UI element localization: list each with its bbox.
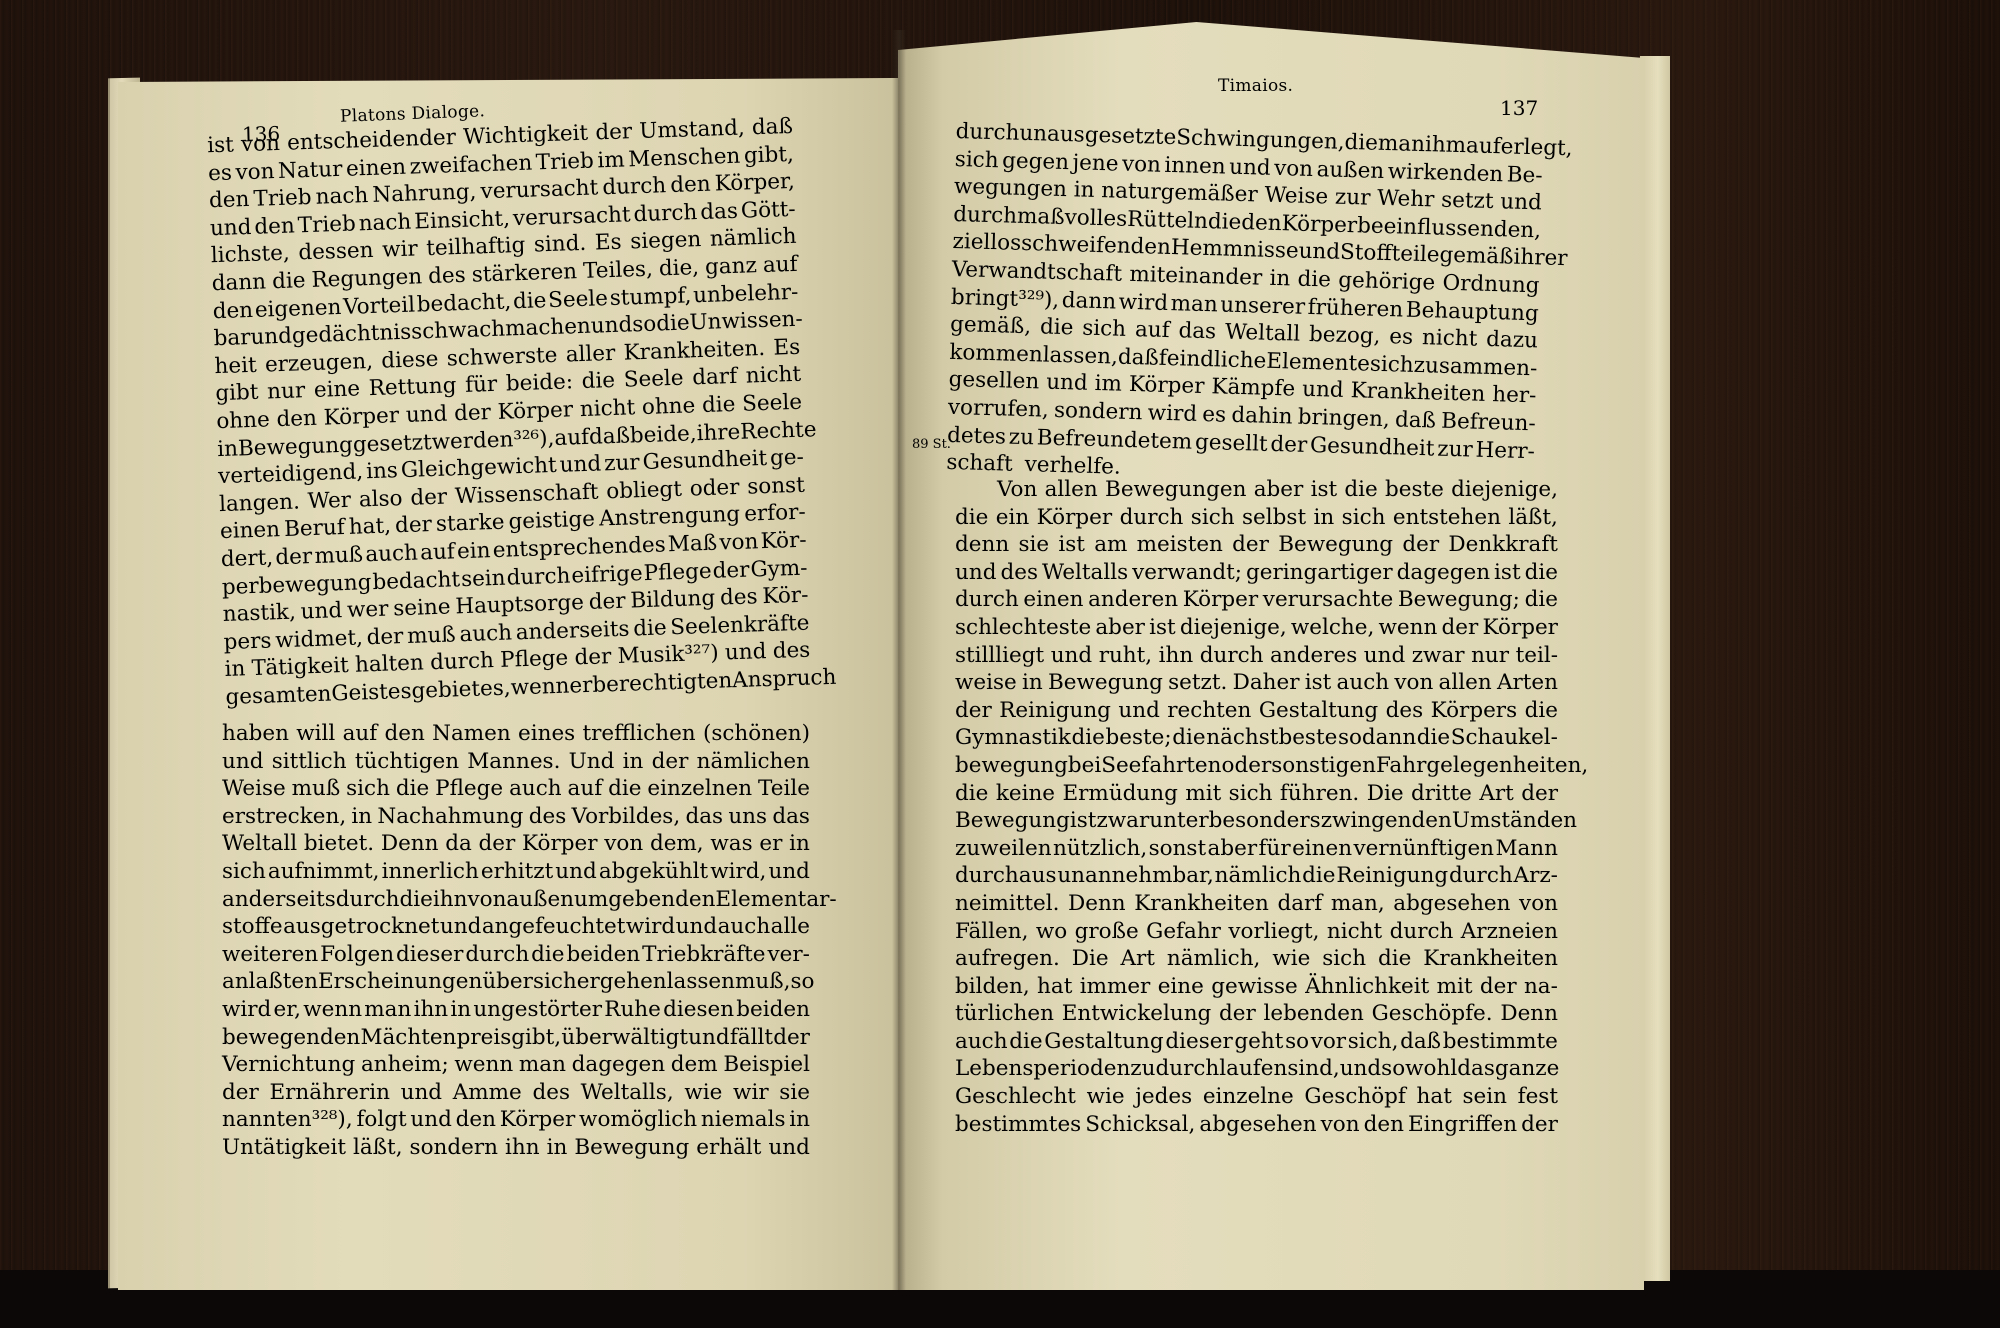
text-line: habenwillaufdenNameneinestrefflichen(sch… [222, 720, 810, 748]
stephanus-margin-note: 89 St. [912, 437, 951, 452]
text-line: Lebensperiodenzudurchlaufensind,undsowoh… [955, 1055, 1558, 1083]
text-line: WeisemußsichdiePflegeauchaufdieeinzelnen… [222, 775, 810, 803]
text-line: nannten³²⁸),folgtunddenKörperwomöglichni… [222, 1106, 810, 1134]
right-page-stack-edge [1640, 56, 1670, 1281]
text-line: dieeinKörperdurchsichselbstinsichentsteh… [955, 504, 1558, 532]
text-line: neimittel.DennKrankheitendarfman,abgeseh… [955, 890, 1558, 918]
text-line: dennsieistammeistenderBewegungderDenkkra… [955, 531, 1558, 559]
right-page-text-lower: VonallenBewegungenaberistdiebestediejeni… [955, 476, 1558, 1138]
text-line: derReinigungundrechtenGestaltungdesKörpe… [955, 697, 1558, 725]
text-line: stoffeausgetrocknetundangefeuchtetwirdun… [222, 913, 810, 941]
text-line: zuweilennützlich,sonstaberfüreinenvernün… [955, 835, 1558, 863]
right-running-head: Timaios. [1218, 76, 1293, 96]
text-line: türlichenEntwickelungderlebendenGeschöpf… [955, 1000, 1558, 1028]
text-line: sichaufnimmt,innerlicherhitztundabgekühl… [222, 858, 810, 886]
right-page-text-upper: durchunausgesetzteSchwingungen,diemanihm… [946, 118, 1544, 493]
text-line: stillliegtundruht,ihndurchanderesundzwar… [955, 642, 1558, 670]
text-line: Fällen,wogroßeGefahrvorliegt,nichtdurchA… [955, 918, 1558, 946]
text-line: auchdieGestaltungdiesergehtsovorsich,daß… [955, 1028, 1558, 1056]
text-line: durcheinenanderenKörperverursachteBewegu… [955, 586, 1558, 614]
left-page-text-lower: habenwillaufdenNameneinestrefflichen(sch… [222, 720, 810, 1162]
text-line: Weltallbietet.DenndaderKörpervondem,wase… [222, 830, 810, 858]
left-page-text-upper: istvonentscheidenderWichtigkeitderUmstan… [207, 113, 812, 712]
text-line: VonallenBewegungenaberistdiebestediejeni… [955, 476, 1558, 504]
text-line: bewegungbeiSeefahrtenodersonstigenFahrge… [955, 752, 1558, 780]
text-line: bilden,hatimmereinegewisseÄhnlichkeitmit… [955, 973, 1558, 1001]
text-line: durchausunannehmbar,nämlichdieReinigungd… [955, 862, 1558, 890]
text-line: wirder,wennmanihninungestörterRuhediesen… [222, 996, 810, 1024]
text-line: undsittlichtüchtigenMannes.Undindernämli… [222, 748, 810, 776]
text-line: GeschlechtwiejedeseinzelneGeschöpfhatsei… [955, 1083, 1558, 1111]
text-line: Gymnastikdiebeste;dienächstbestesodanndi… [955, 724, 1558, 752]
text-line: bewegendenMächtenpreisgibt,überwältigtun… [222, 1024, 810, 1052]
text-line: schlechtesteaberistdiejenige,welche,wenn… [955, 614, 1558, 642]
text-line: derErnährerinundAmmedesWeltalls,wiewirsi… [222, 1079, 810, 1107]
text-line: anlaßtenErscheinungenübersichergehenlass… [222, 968, 810, 996]
text-line: unddesWeltallsverwandt;geringartigerdage… [955, 559, 1558, 587]
text-line: BewegungistzwarunterbesonderszwingendenU… [955, 807, 1558, 835]
open-book: 136 Platons Dialoge. Timaios. 137 istvon… [0, 0, 2000, 1328]
text-line: anderseitsdurchdieihnvonaußenumgebendenE… [222, 886, 810, 914]
text-line: erstrecken,inNachahmungdesVorbildes,dasu… [222, 803, 810, 831]
text-line: bestimmtesSchicksal,abgesehenvondenEingr… [955, 1111, 1558, 1139]
text-line: aufregen.DieArtnämlich,wiesichdieKrankhe… [955, 945, 1558, 973]
text-line: Untätigkeitläßt,sondernihninBewegungerhä… [222, 1134, 810, 1162]
text-line: weiseinBewegungsetzt.Daheristauchvonalle… [955, 669, 1558, 697]
text-line: diekeineErmüdungmitsichführen.DiedritteA… [955, 780, 1558, 808]
text-line: Vernichtunganheim;wennmandagegendemBeisp… [222, 1051, 810, 1079]
book-gutter [892, 30, 906, 1290]
right-page-number: 137 [1500, 96, 1538, 120]
text-line: weiterenFolgendieserdurchdiebeidenTriebk… [222, 941, 810, 969]
